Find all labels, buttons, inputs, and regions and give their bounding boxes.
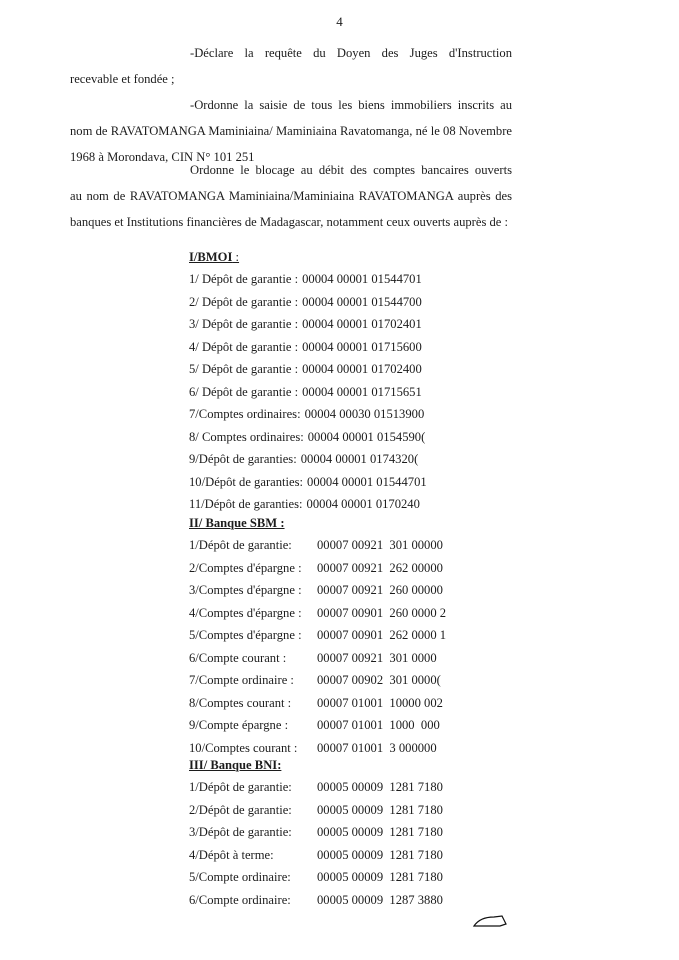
account-label: 8/Comptes courant : bbox=[189, 692, 317, 715]
account-number: 00007 00921 301 00000 bbox=[317, 534, 443, 557]
account-label: 5/Comptes d'épargne : bbox=[189, 624, 317, 647]
account-label: 1/Dépôt de garantie: bbox=[189, 534, 317, 557]
account-number: 00005 00009 1281 7180 bbox=[317, 821, 443, 844]
account-label: 4/Dépôt à terme: bbox=[189, 844, 317, 867]
account-row: 9/Dépôt de garanties:00004 00001 0174320… bbox=[189, 448, 453, 471]
account-number: 00004 00001 01544701 bbox=[302, 268, 422, 291]
account-label: 9/Dépôt de garanties: bbox=[189, 448, 297, 471]
account-row: 1/Dépôt de garantie:00007 00921 301 0000… bbox=[189, 534, 453, 557]
account-number: 00007 01001 1000 000 bbox=[317, 714, 440, 737]
account-row: 4/ Dépôt de garantie :00004 00001 017156… bbox=[189, 336, 453, 359]
account-number: 00007 00921 262 00000 bbox=[317, 557, 443, 580]
account-row: 3/Comptes d'épargne :00007 00921 260 000… bbox=[189, 579, 453, 602]
account-row: 9/Compte épargne :00007 01001 1000 000 bbox=[189, 714, 453, 737]
account-label: 3/Dépôt de garantie: bbox=[189, 821, 317, 844]
account-number: 00007 00902 301 0000( bbox=[317, 669, 441, 692]
account-number: 00004 00001 01544700 bbox=[302, 291, 422, 314]
account-row: 6/Compte ordinaire:00005 00009 1287 3880 bbox=[189, 889, 453, 912]
account-label: 2/ Dépôt de garantie : bbox=[189, 291, 298, 314]
section-heading: III/ Banque BNI: bbox=[189, 754, 489, 776]
signature-initials-icon bbox=[472, 914, 508, 928]
account-row: 4/Comptes d'épargne :00007 00901 260 000… bbox=[189, 602, 453, 625]
account-row: 5/ Dépôt de garantie :00004 00001 017024… bbox=[189, 358, 453, 381]
account-row: 5/Compte ordinaire:00005 00009 1281 7180 bbox=[189, 866, 453, 889]
account-row: 8/ Comptes ordinaires:00004 00001 015459… bbox=[189, 426, 453, 449]
account-row: 7/Comptes ordinaires:00004 00030 0151390… bbox=[189, 403, 453, 426]
section-bni: III/ Banque BNI: 1/Dépôt de garantie:000… bbox=[189, 754, 489, 911]
paragraph-first-line: -Ordonne la saisie de tous les biens imm… bbox=[70, 92, 512, 118]
account-number: 00004 00001 01544701 bbox=[307, 471, 427, 494]
account-row: 10/Dépôt de garanties:00004 00001 015447… bbox=[189, 471, 453, 494]
paragraph-account-freeze: Ordonne le blocage au débit des comptes … bbox=[70, 157, 512, 235]
account-label: 3/ Dépôt de garantie : bbox=[189, 313, 298, 336]
account-row: 3/ Dépôt de garantie :00004 00001 017024… bbox=[189, 313, 453, 336]
account-row: 6/Compte courant :00007 00921 301 0000 bbox=[189, 647, 453, 670]
account-number: 00004 00001 0174320( bbox=[301, 448, 419, 471]
account-row: 4/Dépôt à terme:00005 00009 1281 7180 bbox=[189, 844, 453, 867]
account-row: 6/ Dépôt de garantie :00004 00001 017156… bbox=[189, 381, 453, 404]
account-label: 2/Dépôt de garantie: bbox=[189, 799, 317, 822]
account-number: 00004 00030 01513900 bbox=[305, 403, 425, 426]
paragraph-first-line: Ordonne le blocage au débit des comptes … bbox=[70, 157, 512, 183]
paragraph-first-line: -Déclare la requête du Doyen des Juges d… bbox=[70, 40, 512, 66]
account-row: 1/Dépôt de garantie:00005 00009 1281 718… bbox=[189, 776, 453, 799]
account-row: 3/Dépôt de garantie:00005 00009 1281 718… bbox=[189, 821, 453, 844]
account-label: 4/Comptes d'épargne : bbox=[189, 602, 317, 625]
account-label: 6/Compte courant : bbox=[189, 647, 317, 670]
account-row: 2/Dépôt de garantie:00005 00009 1281 718… bbox=[189, 799, 453, 822]
section-heading: II/ Banque SBM : bbox=[189, 512, 489, 534]
account-label: 3/Comptes d'épargne : bbox=[189, 579, 317, 602]
account-label: 10/Dépôt de garanties: bbox=[189, 471, 303, 494]
account-number: 00005 00009 1287 3880 bbox=[317, 889, 443, 912]
account-label: 7/Compte ordinaire : bbox=[189, 669, 317, 692]
account-number: 00004 00001 01715600 bbox=[302, 336, 422, 359]
paragraph-body: recevable et fondée ; bbox=[70, 66, 512, 92]
account-number: 00007 00921 301 0000 bbox=[317, 647, 437, 670]
account-number: 00005 00009 1281 7180 bbox=[317, 844, 443, 867]
account-label: 5/Compte ordinaire: bbox=[189, 866, 317, 889]
account-row: 7/Compte ordinaire :00007 00902 301 0000… bbox=[189, 669, 453, 692]
account-number: 00007 00921 260 00000 bbox=[317, 579, 443, 602]
page-number: 4 bbox=[0, 14, 679, 30]
account-number: 00004 00001 01715651 bbox=[302, 381, 422, 404]
section-sbm: II/ Banque SBM : 1/Dépôt de garantie:000… bbox=[189, 512, 489, 759]
account-number: 00005 00009 1281 7180 bbox=[317, 776, 443, 799]
paragraph-body: au nom de RAVATOMANGA Maminiaina/Maminia… bbox=[70, 183, 512, 235]
account-label: 6/ Dépôt de garantie : bbox=[189, 381, 298, 404]
account-label: 6/Compte ordinaire: bbox=[189, 889, 317, 912]
account-number: 00004 00001 01702400 bbox=[302, 358, 422, 381]
account-row: 8/Comptes courant :00007 01001 10000 002 bbox=[189, 692, 453, 715]
account-number: 00004 00001 01702401 bbox=[302, 313, 422, 336]
section-heading: I/BMOI : bbox=[189, 246, 489, 268]
account-label: 1/ Dépôt de garantie : bbox=[189, 268, 298, 291]
account-number: 00007 00901 262 0000 1 bbox=[317, 624, 446, 647]
account-label: 7/Comptes ordinaires: bbox=[189, 403, 301, 426]
account-label: 2/Comptes d'épargne : bbox=[189, 557, 317, 580]
account-label: 9/Compte épargne : bbox=[189, 714, 317, 737]
account-number: 00005 00009 1281 7180 bbox=[317, 866, 443, 889]
account-row: 5/Comptes d'épargne :00007 00901 262 000… bbox=[189, 624, 453, 647]
account-label: 1/Dépôt de garantie: bbox=[189, 776, 317, 799]
account-label: 5/ Dépôt de garantie : bbox=[189, 358, 298, 381]
paragraph-declaration: -Déclare la requête du Doyen des Juges d… bbox=[70, 40, 512, 92]
account-row: 1/ Dépôt de garantie :00004 00001 015447… bbox=[189, 268, 453, 291]
account-label: 8/ Comptes ordinaires: bbox=[189, 426, 304, 449]
section-bmoi: I/BMOI : 1/ Dépôt de garantie :00004 000… bbox=[189, 246, 489, 516]
account-number: 00007 00901 260 0000 2 bbox=[317, 602, 446, 625]
account-number: 00007 01001 10000 002 bbox=[317, 692, 443, 715]
account-number: 00004 00001 0154590( bbox=[308, 426, 426, 449]
account-label: 4/ Dépôt de garantie : bbox=[189, 336, 298, 359]
account-number: 00005 00009 1281 7180 bbox=[317, 799, 443, 822]
account-row: 2/Comptes d'épargne :00007 00921 262 000… bbox=[189, 557, 453, 580]
account-row: 2/ Dépôt de garantie :00004 00001 015447… bbox=[189, 291, 453, 314]
